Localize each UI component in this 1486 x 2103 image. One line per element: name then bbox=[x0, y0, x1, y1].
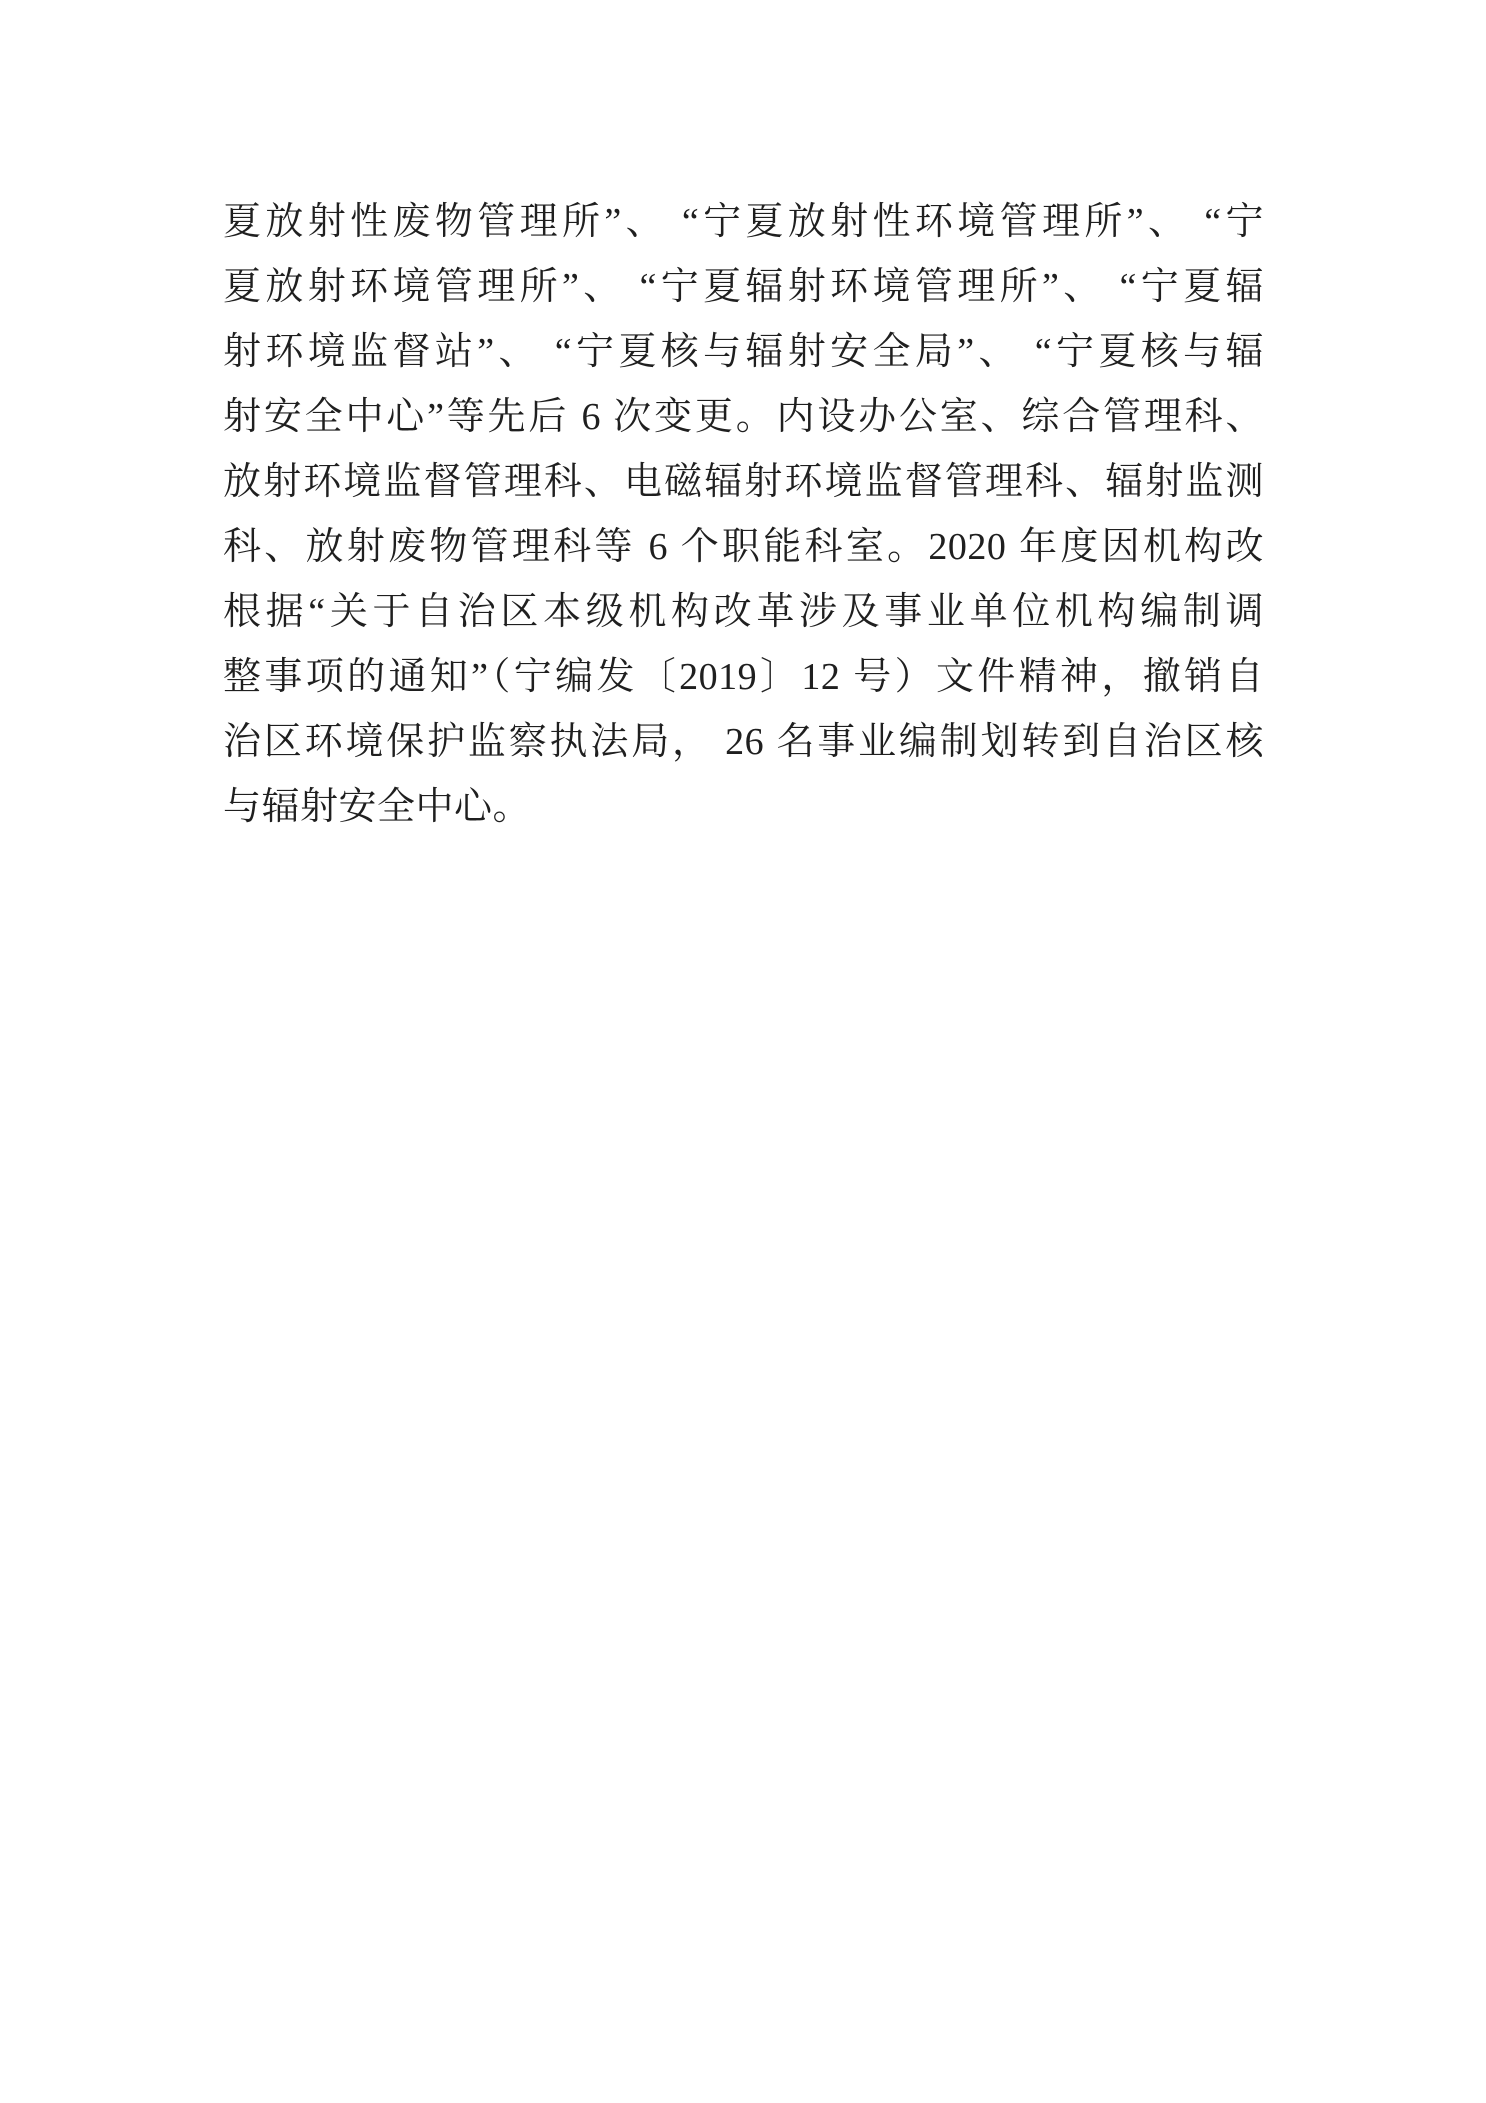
text-line: 与辐射安全中心。 bbox=[223, 775, 1264, 840]
text-line: 夏放射环境管理所”、 “宁夏辐射环境管理所”、 “宁夏辐 bbox=[223, 255, 1264, 320]
text-line: 整事项的通知”（宁编发〔2019〕12 号）文件精神，撤销自 bbox=[223, 645, 1264, 710]
text-line: 夏放射性废物管理所”、 “宁夏放射性环境管理所”、 “宁 bbox=[223, 190, 1264, 255]
text-line: 根据“关于自治区本级机构改革涉及事业单位机构编制调 bbox=[223, 580, 1264, 645]
text-line: 治区环境保护监察执法局， 26 名事业编制划转到自治区核 bbox=[223, 710, 1264, 775]
text-line: 射安全中心”等先后 6 次变更。内设办公室、综合管理科、 bbox=[223, 385, 1264, 450]
text-line: 科、放射废物管理科等 6 个职能科室。2020 年度因机构改革， bbox=[223, 515, 1264, 580]
paragraph: 夏放射性废物管理所”、 “宁夏放射性环境管理所”、 “宁 夏放射环境管理所”、 … bbox=[223, 190, 1264, 840]
document-page: 夏放射性废物管理所”、 “宁夏放射性环境管理所”、 “宁 夏放射环境管理所”、 … bbox=[0, 0, 1486, 2103]
text-line: 放射环境监督管理科、电磁辐射环境监督管理科、辐射监测 bbox=[223, 450, 1264, 515]
text-line: 射环境监督站”、 “宁夏核与辐射安全局”、 “宁夏核与辐 bbox=[223, 320, 1264, 385]
